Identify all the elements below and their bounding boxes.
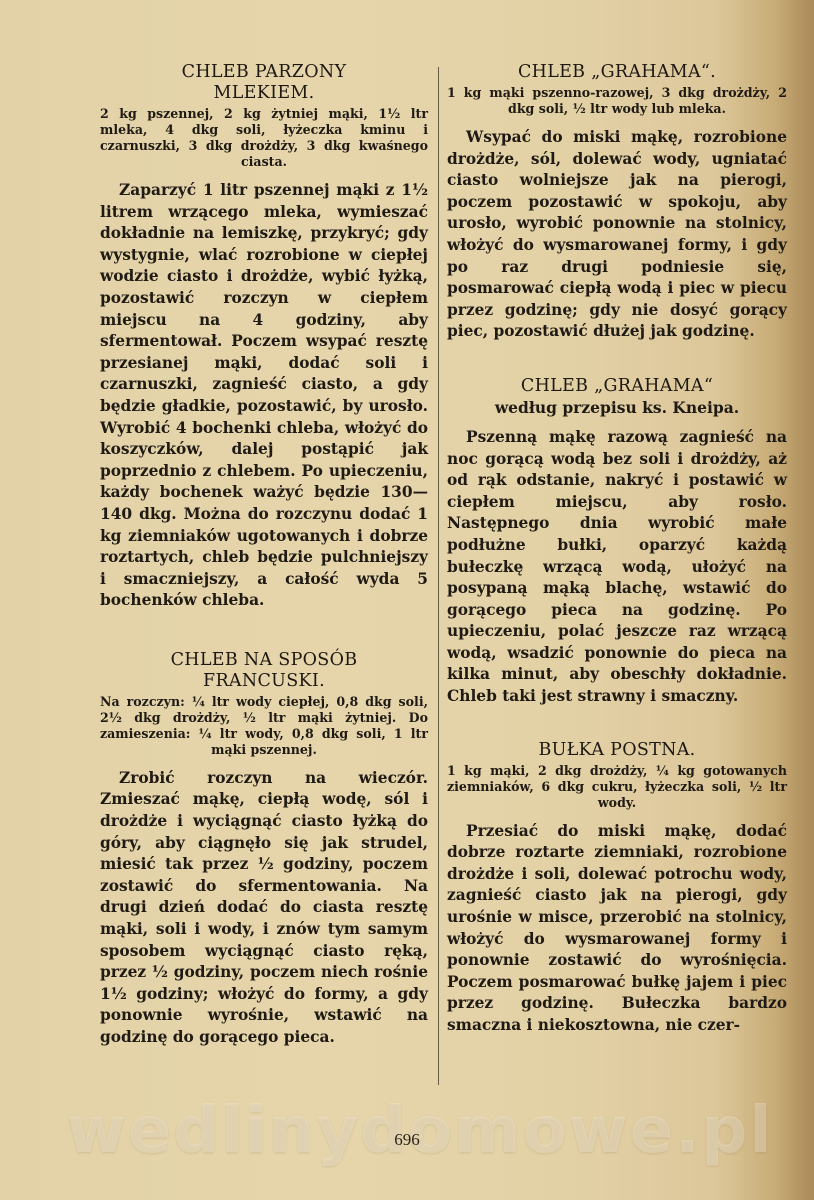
ingredients: 1 kg mąki pszenno-razowej, 3 dkg drożdży… (447, 85, 787, 117)
recipe-title: BUŁKA POSTNA. (447, 740, 787, 761)
instructions: Przesiać do miski mąkę, dodać dobrze roz… (447, 821, 787, 1037)
ingredients: 2 kg pszennej, 2 kg żytniej mąki, 1½ ltr… (100, 106, 428, 170)
instructions: Pszenną mąkę razową zagnieść na noc gorą… (447, 427, 787, 708)
recipe-title: CHLEB „GRAHAMA“ (447, 376, 787, 397)
recipe-chleb-francuski: CHLEB NA SPOSÓB FRANCUSKI. Na rozczyn: ¼… (100, 650, 428, 1049)
ingredients: Na rozczyn: ¼ ltr wody ciepłej, 0,8 dkg … (100, 694, 428, 758)
ingredients: 1 kg mąki, 2 dkg drożdży, ¼ kg gotowanyc… (447, 763, 787, 811)
title-line-1: CHLEB NA SPOSÓB (171, 650, 358, 670)
recipe-title: CHLEB „GRAHAMA“. (447, 62, 787, 83)
spacer (447, 343, 787, 376)
right-column: CHLEB „GRAHAMA“. 1 kg mąki pszenno-razow… (447, 62, 787, 1037)
book-page: CHLEB PARZONY MLEKIEM. 2 kg pszennej, 2 … (0, 0, 814, 1200)
recipe-chleb-grahama-kneipa: CHLEB „GRAHAMA“ według przepisu ks. Knei… (447, 376, 787, 708)
recipe-title: CHLEB NA SPOSÓB FRANCUSKI. (100, 650, 428, 692)
recipe-title: CHLEB PARZONY MLEKIEM. (100, 62, 428, 104)
spacer (100, 612, 428, 650)
recipe-chleb-parzony: CHLEB PARZONY MLEKIEM. 2 kg pszennej, 2 … (100, 62, 428, 612)
instructions: Wsypać do miski mąkę, rozrobione drożdże… (447, 127, 787, 343)
column-divider (438, 67, 439, 1085)
instructions: Zaparzyć 1 litr pszennej mąki z 1½ litre… (100, 180, 428, 612)
recipe-bulka-postna: BUŁKA POSTNA. 1 kg mąki, 2 dkg drożdży, … (447, 740, 787, 1037)
title-line-2: MLEKIEM. (214, 83, 315, 103)
left-column: CHLEB PARZONY MLEKIEM. 2 kg pszennej, 2 … (100, 62, 428, 1049)
title-line-1: CHLEB PARZONY (182, 62, 347, 82)
recipe-subtitle: według przepisu ks. Kneipa. (447, 398, 787, 417)
recipe-chleb-grahama: CHLEB „GRAHAMA“. 1 kg mąki pszenno-razow… (447, 62, 787, 343)
spacer (447, 708, 787, 740)
title-line-2: FRANCUSKI. (203, 671, 325, 691)
instructions: Zrobić rozczyn na wieczór. Zmieszać mąkę… (100, 768, 428, 1049)
page-number: 696 (0, 1130, 814, 1150)
